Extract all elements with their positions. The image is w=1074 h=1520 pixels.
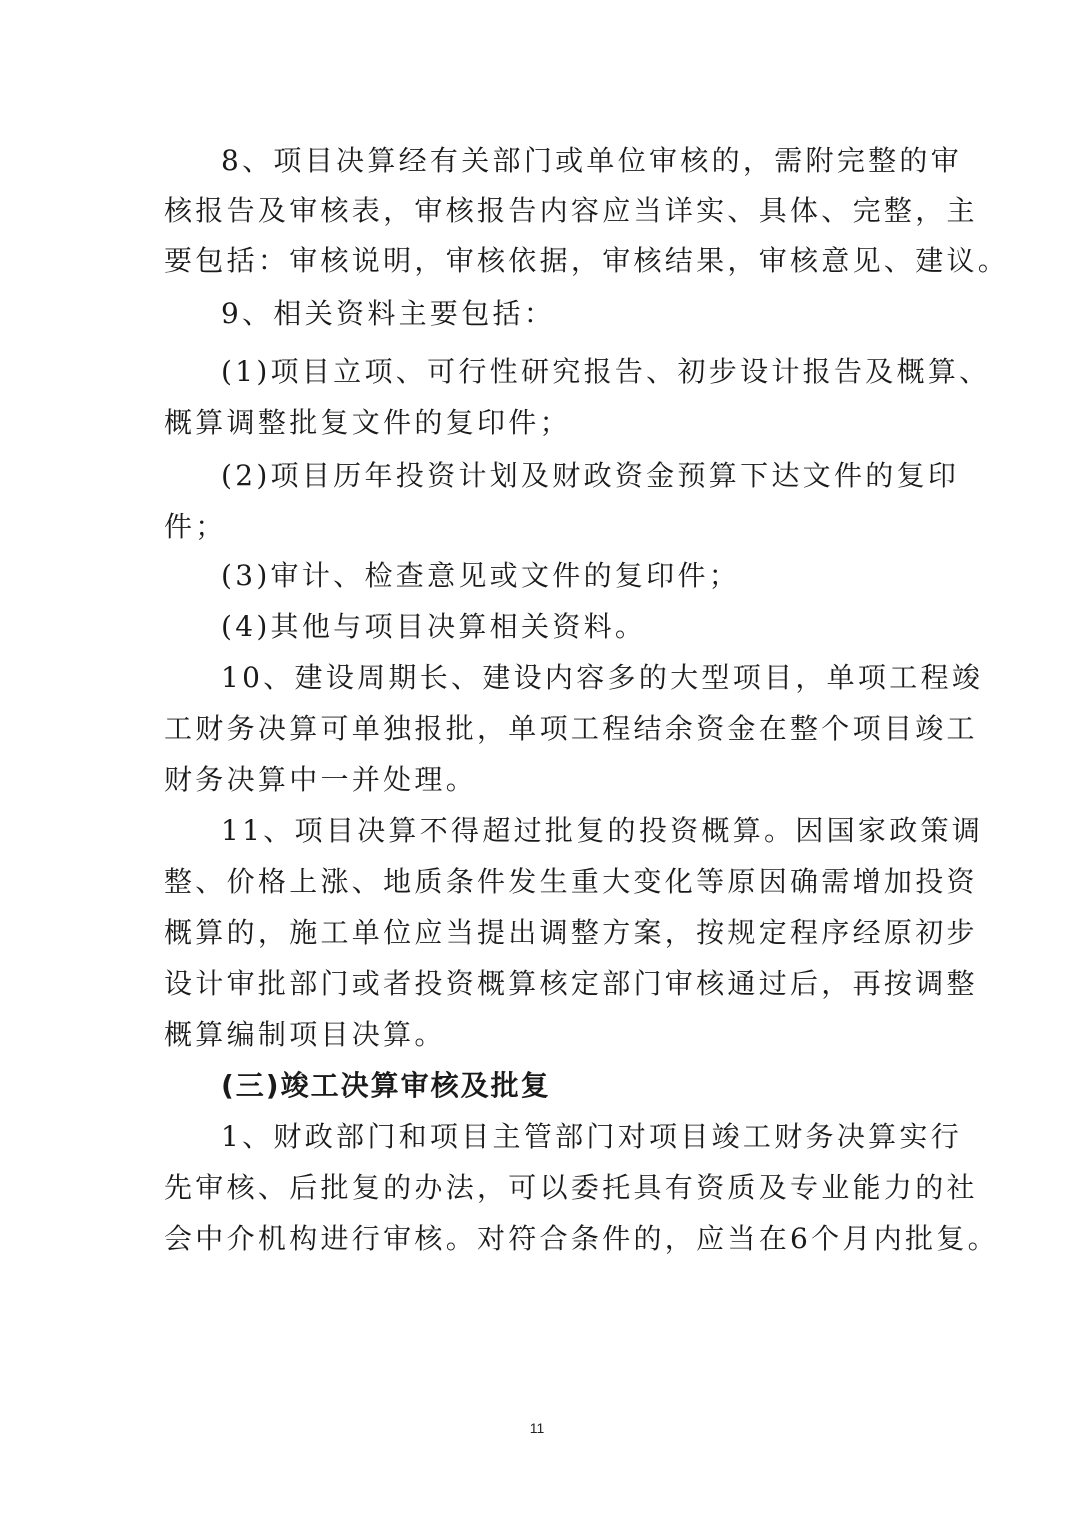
item-8-line-3: 要包括：审核说明，审核依据，审核结果，审核意见、建议。 [164, 243, 1009, 279]
section-heading: (三)竣工决算审核及批复 [221, 1068, 551, 1104]
item-10-line-3: 财务决算中一并处理。 [164, 762, 477, 798]
item-11-line-3: 概算的，施工单位应当提出调整方案，按规定程序经原初步 [164, 915, 978, 951]
subitem-2-line-1: (2)项目历年投资计划及财政资金预算下达文件的复印 [221, 458, 959, 494]
item-8-line-1: 8、项目决算经有关部门或单位审核的，需附完整的审 [221, 143, 962, 179]
item-9-line-1: 9、相关资料主要包括： [221, 296, 555, 332]
subitem-1-line-1: (1)项目立项、可行性研究报告、初步设计报告及概算、 [221, 354, 990, 390]
item-11-line-1: 11、项目决算不得超过批复的投资概算。因国家政策调 [221, 813, 983, 849]
section-item-1-line-3: 会中介机构进行审核。对符合条件的，应当在6个月内批复。 [164, 1221, 999, 1257]
subitem-2-line-2: 件； [164, 509, 227, 545]
section-item-1-line-1: 1、财政部门和项目主管部门对项目竣工财务决算实行 [221, 1119, 962, 1155]
item-11-line-4: 设计审批部门或者投资概算核定部门审核通过后，再按调整 [164, 966, 978, 1002]
section-item-1-line-2: 先审核、后批复的办法，可以委托具有资质及专业能力的社 [164, 1170, 978, 1206]
item-10-line-2: 工财务决算可单独报批，单项工程结余资金在整个项目竣工 [164, 711, 978, 747]
subitem-3-line-1: (3)审计、检查意见或文件的复印件； [221, 558, 740, 594]
subitem-4-line-1: (4)其他与项目决算相关资料。 [221, 609, 646, 645]
page-number: 11 [0, 1420, 1074, 1436]
item-11-line-5: 概算编制项目决算。 [164, 1017, 446, 1053]
document-page: 8、项目决算经有关部门或单位审核的，需附完整的审 核报告及审核表，审核报告内容应… [0, 0, 1074, 1520]
subitem-1-line-2: 概算调整批复文件的复印件； [164, 405, 571, 441]
item-8-line-2: 核报告及审核表，审核报告内容应当详实、具体、完整，主 [164, 193, 978, 229]
item-10-line-1: 10、建设周期长、建设内容多的大型项目，单项工程竣 [221, 660, 983, 696]
item-11-line-2: 整、价格上涨、地质条件发生重大变化等原因确需增加投资 [164, 864, 978, 900]
